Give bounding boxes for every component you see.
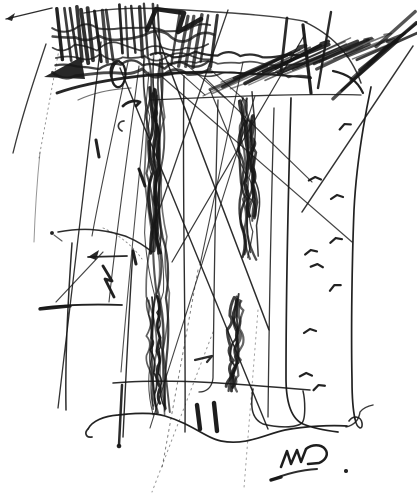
mark-left-arrow <box>195 356 212 362</box>
signature-squiggle <box>281 445 327 467</box>
exclam-mark-a <box>197 405 200 429</box>
mark-small-c <box>118 121 124 131</box>
ink-sketch-drawing <box>0 0 417 500</box>
tick-mark <box>311 263 324 269</box>
leftbox-shelf-thick-end <box>40 306 70 309</box>
sketch-page <box>0 0 417 500</box>
mark-blob-left <box>96 140 99 157</box>
leftbox-left-edge <box>66 243 72 410</box>
tick-mark <box>339 123 352 130</box>
scatter-ticks <box>300 123 351 391</box>
signature-dot <box>344 469 348 473</box>
tick-mark <box>305 249 317 254</box>
column-left-edge <box>286 98 338 432</box>
trunk-line-far-right <box>268 108 274 417</box>
tick-mark <box>330 237 342 243</box>
trunk-right-lower <box>226 294 243 392</box>
mark-arrow-upper <box>123 101 140 106</box>
trunk-line-inner-left <box>183 76 185 432</box>
blob-left-end <box>117 444 122 449</box>
tick-mark <box>304 329 316 333</box>
leftbox-right-edge <box>123 250 133 437</box>
fan-left-faint <box>34 152 40 242</box>
tick-mark <box>331 195 343 199</box>
leftbox-dot <box>50 231 54 235</box>
canopy-bars-left <box>57 7 113 63</box>
base-left-hook <box>86 429 92 437</box>
base-right-join <box>346 405 373 427</box>
trunk-line-inner-right <box>199 100 218 392</box>
tick-mark <box>329 283 342 291</box>
canopy-wedge <box>44 57 85 79</box>
signature-underline-start <box>271 477 281 480</box>
cross-h-dashed <box>162 270 198 468</box>
leftbox-right-edge-thick-top <box>133 251 136 264</box>
tick-mark <box>313 384 326 390</box>
exclam-mark-b <box>214 403 217 431</box>
tick-mark <box>300 372 312 377</box>
leftbox-dot-tail <box>54 235 62 241</box>
leftbox-top-dotted <box>103 228 142 259</box>
cross-e <box>302 46 413 212</box>
fan-left-dotted <box>39 44 60 158</box>
fan-left-curve <box>13 44 46 153</box>
band-left-cheek <box>78 88 131 100</box>
column-right-edge <box>352 87 371 419</box>
